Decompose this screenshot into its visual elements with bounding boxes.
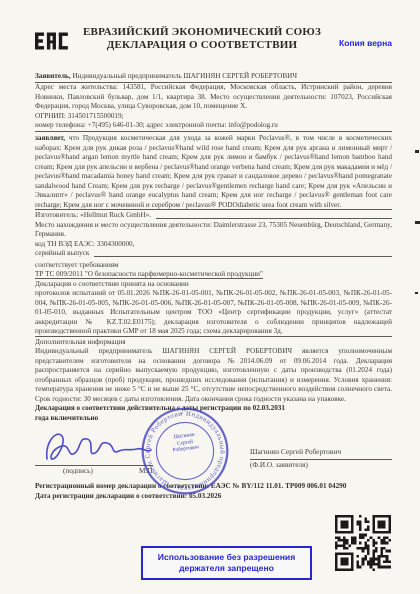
eac-logo-icon <box>35 27 69 55</box>
applicant-fio: Шагинян Сергей Робертович <box>250 447 392 460</box>
document-content: ЕВРАЗИЙСКИЙ ЭКОНОМИЧЕСКИЙ СОЮЗ ДЕКЛАРАЦИ… <box>35 26 392 501</box>
additional-info-text: Индивидуальный предприниматель ШАГИНЯН С… <box>35 347 392 404</box>
applicant-contacts: номер телефона: +7(495) 646-01-30; адрес… <box>35 121 392 132</box>
usage-restriction-notice: Использование без разрешения держателя з… <box>141 546 312 580</box>
applicant-label: Заявитель, <box>35 72 71 80</box>
validity-line1: Декларация о соответствии действительна … <box>35 404 392 414</box>
registration-block: Регистрационный номер декларации о соотв… <box>35 481 392 501</box>
applicant-line: Заявитель, Индивидуальный предпринимател… <box>35 72 392 83</box>
manufacturer-name: Изготовитель: «Hellmut Ruck GmbH». <box>35 211 151 221</box>
signature-line <box>35 465 153 466</box>
basis-text: протоколов испытаний от 05.01.2026 №ПК-2… <box>35 289 392 337</box>
additional-info-label: Дополнительная информация <box>35 338 392 348</box>
applicant-address: Адрес места жительства: 143581, Российск… <box>35 83 392 112</box>
declares-label: заявляет, <box>35 134 65 142</box>
signature-caption: (подпись) <box>63 467 93 477</box>
fill-line <box>94 256 392 257</box>
signature-area: (подпись) М.П. • Индивидуальный предприн… <box>35 425 392 477</box>
fill-line <box>156 218 392 219</box>
basis-label: Декларация о соответствии принята на осн… <box>35 280 392 290</box>
applicant-fio-block: Шагинян Сергей Робертович (Ф.И.О. заявит… <box>250 447 392 471</box>
scan-artifact <box>415 292 418 294</box>
manufacturer-line: Изготовитель: «Hellmut Ruck GmbH». <box>35 211 392 221</box>
stamp-place-label: М.П. <box>139 467 154 477</box>
product-declaration: заявляет, что Продукция косметическая дл… <box>35 134 392 210</box>
applicant-name: Индивидуальный предприниматель ШАГИНЯН С… <box>72 72 297 80</box>
manufacturer-address: Место нахождения и место осуществления д… <box>35 221 392 240</box>
regulation: ТР ТС 009/2011 "О безопасности парфюмерн… <box>35 270 263 279</box>
issue-type-line: серийный выпуск <box>35 249 392 259</box>
document-title: ДЕКЛАРАЦИЯ О СООТВЕТСТВИИ <box>69 39 335 52</box>
product-text: что Продукция косметическая для ухода за… <box>35 134 392 209</box>
copy-verified-mark: Копия верна <box>339 39 392 49</box>
restriction-line2: держателя запрещено <box>145 563 308 574</box>
registration-number: Регистрационный номер декларации о соотв… <box>35 481 392 491</box>
declaration-document: ЕВРАЗИЙСКИЙ ЭКОНОМИЧЕСКИЙ СОЮЗ ДЕКЛАРАЦИ… <box>0 0 420 594</box>
validity-line2: года включительно <box>35 414 392 424</box>
handwritten-signature <box>41 425 153 467</box>
applicant-ogrnip: ОГРНИП: 314501715500019; <box>35 112 392 122</box>
registration-date: Дата регистрации декларации о соответств… <box>35 491 392 501</box>
issue-type: серийный выпуск <box>35 249 89 259</box>
restriction-line1: Использование без разрешения <box>145 552 308 563</box>
regulation-line: ТР ТС 009/2011 "О безопасности парфюмерн… <box>35 270 392 280</box>
scan-artifact <box>415 150 419 153</box>
conforms-label: соответствует требованиям <box>35 261 392 271</box>
fio-caption: (Ф.И.О. заявителя) <box>250 460 392 471</box>
tnved-code: код ТН ВЭД ЕАЭС: 3304300000, <box>35 240 392 250</box>
union-name: ЕВРАЗИЙСКИЙ ЭКОНОМИЧЕСКИЙ СОЮЗ <box>69 26 335 39</box>
scan-artifact <box>415 221 420 224</box>
document-header: ЕВРАЗИЙСКИЙ ЭКОНОМИЧЕСКИЙ СОЮЗ ДЕКЛАРАЦИ… <box>35 26 392 55</box>
document-title-block: ЕВРАЗИЙСКИЙ ЭКОНОМИЧЕСКИЙ СОЮЗ ДЕКЛАРАЦИ… <box>69 26 335 52</box>
qr-code <box>335 515 391 571</box>
